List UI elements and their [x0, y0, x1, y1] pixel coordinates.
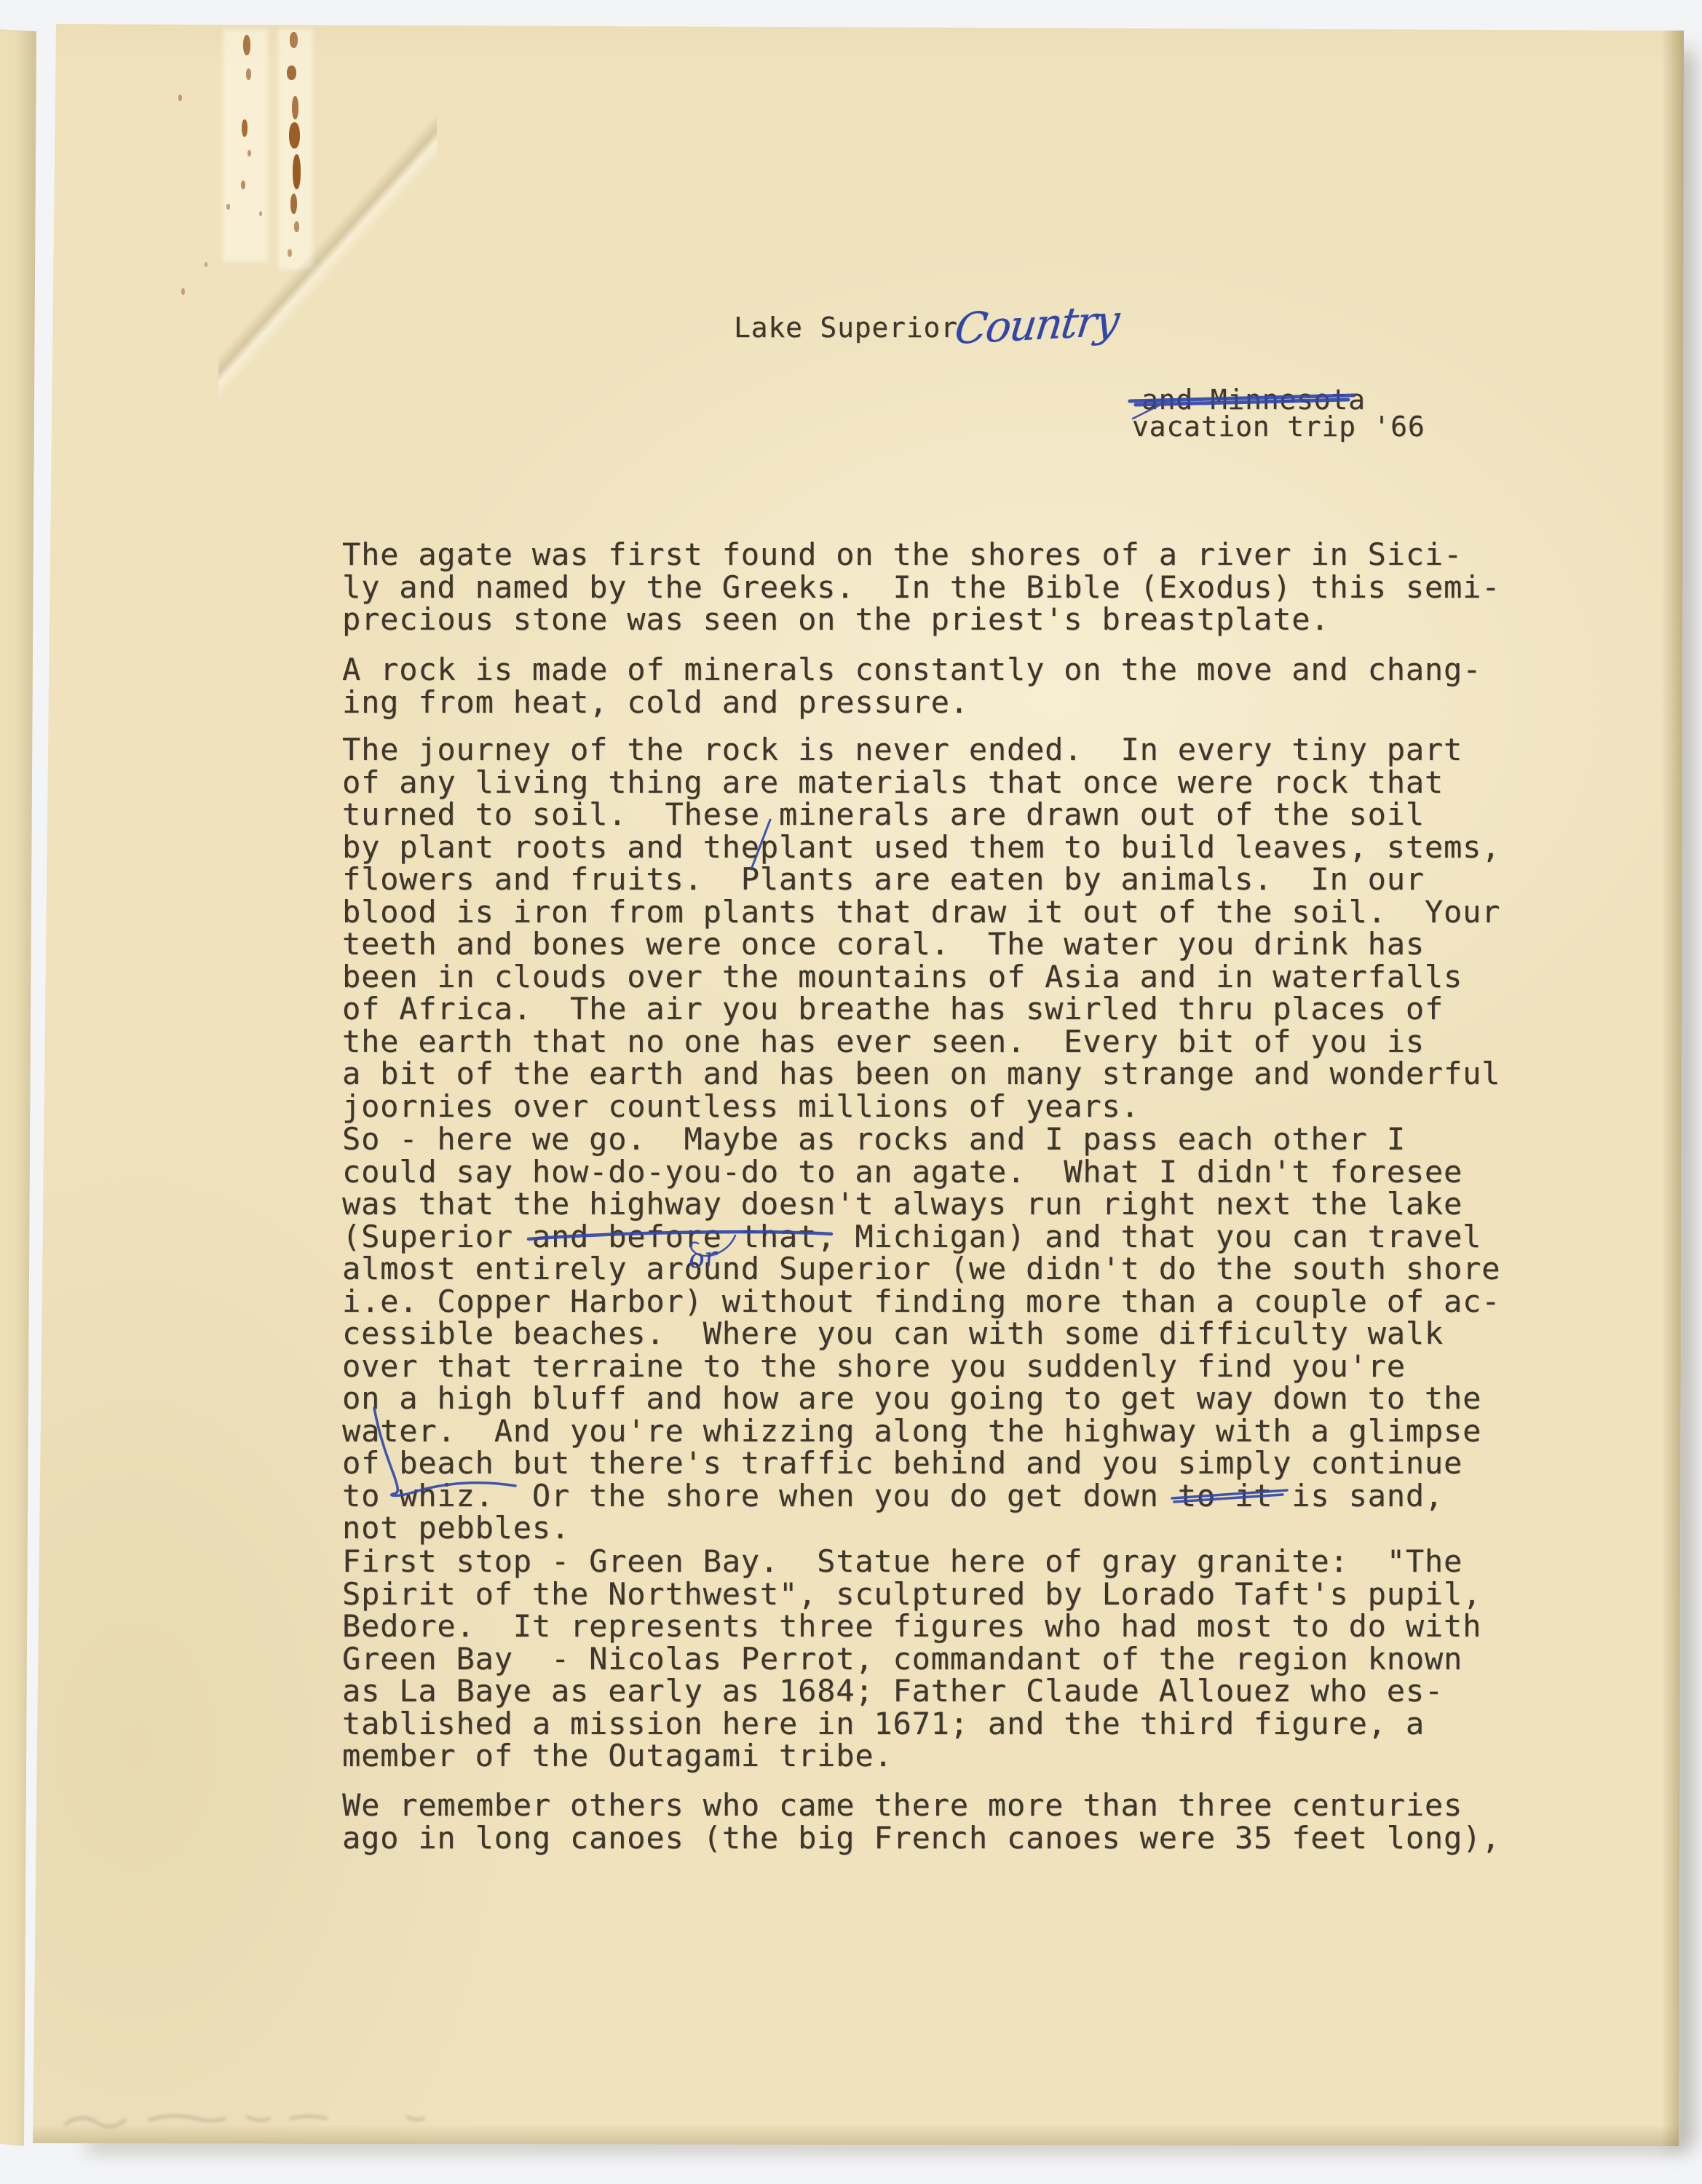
typed-line: i.e. Copper Harbor) without finding more… — [342, 1286, 1500, 1318]
paragraph: So - here we go. Maybe as rocks and I pa… — [342, 1123, 1500, 1545]
typed-line: ing from heat, cold and pressure. — [342, 687, 1481, 719]
paragraph: First stop - Green Bay. Statue here of g… — [342, 1546, 1481, 1773]
rust-stain-spot — [259, 211, 262, 216]
tape-residue-band — [223, 29, 268, 262]
tape-residue-band — [278, 29, 313, 269]
typed-line: flowers and fruits. Plants are eaten by … — [342, 863, 1500, 896]
paragraph: We remember others who came there more t… — [342, 1789, 1500, 1854]
rust-stain-spot — [289, 122, 300, 149]
typed-line: as La Baye as early as 1684; Father Clau… — [342, 1675, 1481, 1708]
paragraph: A rock is made of minerals constantly on… — [342, 654, 1481, 719]
handwritten-insertion-word: or — [687, 1242, 719, 1275]
typed-line: over that terraine to the shore you sudd… — [342, 1350, 1500, 1383]
handwritten-title-word: Country — [952, 296, 1121, 354]
paragraph: The journey of the rock is never ended. … — [342, 734, 1500, 1123]
rust-stain-spot — [226, 204, 230, 210]
typed-line: the earth that no one has ever seen. Eve… — [342, 1026, 1500, 1059]
typed-line: ly and named by the Greeks. In the Bible… — [342, 571, 1500, 604]
typed-line: a bit of the earth and has been on many … — [342, 1058, 1500, 1091]
typed-line: almost entirely around Superior (we didn… — [342, 1253, 1500, 1286]
rust-stain-spot — [294, 221, 299, 232]
typed-line: been in clouds over the mountains of Asi… — [342, 961, 1500, 994]
document-title: Lake Superior — [734, 312, 958, 344]
typed-line: So - here we go. Maybe as rocks and I pa… — [342, 1123, 1500, 1156]
typed-line: of Africa. The air you breathe has swirl… — [342, 993, 1500, 1026]
typed-line: First stop - Green Bay. Statue here of g… — [342, 1546, 1481, 1578]
rust-stain-spot — [181, 288, 185, 295]
typed-line: precious stone was seen on the priest's … — [342, 604, 1500, 636]
typed-line: not pebbles. — [342, 1512, 1500, 1545]
typed-line: joornies over countless millions of year… — [342, 1091, 1500, 1123]
typed-line: of any living thing are materials that o… — [342, 767, 1500, 799]
rust-stain-spot — [290, 194, 297, 214]
typed-line: Bedore. It represents three figures who … — [342, 1610, 1481, 1643]
typed-line: on a high bluff and how are you going to… — [342, 1382, 1500, 1415]
typed-line: (Superior and before that, Michigan) and… — [342, 1221, 1500, 1254]
typed-line: of beach but there's traffic behind and … — [342, 1447, 1500, 1480]
typed-line: Green Bay - Nicolas Perrot, commandant o… — [342, 1643, 1481, 1676]
typed-line: to whiz. Or the shore when you do get do… — [342, 1480, 1500, 1513]
typed-line: We remember others who came there more t… — [342, 1789, 1500, 1822]
rust-stain-spot — [288, 249, 292, 257]
rust-stain-spot — [241, 181, 245, 189]
heading-text: vacation trip '66 — [1132, 411, 1425, 443]
rust-stain-spot — [248, 150, 251, 157]
typed-line: by plant roots and theplant used them to… — [342, 831, 1500, 864]
typed-line: Spirit of the Northwest", sculptured by … — [342, 1578, 1481, 1611]
typed-line: was that the highway doesn't always run … — [342, 1188, 1500, 1221]
typed-line: blood is iron from plants that draw it o… — [342, 896, 1500, 929]
rust-stain-spot — [293, 154, 301, 189]
rust-stain-spot — [243, 35, 250, 55]
typed-line: teeth and bones were once coral. The wat… — [342, 928, 1500, 961]
rust-stain-spot — [290, 32, 298, 48]
typed-line: tablished a mission here in 1671; and th… — [342, 1708, 1481, 1741]
typed-line: cessible beaches. Where you can with som… — [342, 1318, 1500, 1350]
rust-stain-spot — [205, 262, 207, 267]
paragraph: The agate was first found on the shores … — [342, 539, 1500, 636]
typed-line: The journey of the rock is never ended. … — [342, 734, 1500, 767]
rust-stain-spot — [246, 68, 251, 80]
typed-line: turned to soil. These minerals are drawn… — [342, 799, 1500, 831]
typed-line: water. And you're whizzing along the hig… — [342, 1415, 1500, 1448]
rust-stain-spot — [292, 96, 298, 119]
scanned-document: Lake Superior Country and Minnesota vaca… — [0, 0, 1702, 2184]
typed-line: A rock is made of minerals constantly on… — [342, 654, 1481, 687]
document-page: Lake Superior Country and Minnesota vaca… — [0, 0, 1702, 2184]
typed-line: ago in long canoes (the big French canoe… — [342, 1822, 1500, 1855]
typed-line: The agate was first found on the shores … — [342, 539, 1500, 571]
page-edge-shading — [33, 2124, 1684, 2146]
rust-stain-spot — [178, 95, 182, 101]
typed-line: could say how-do-you-do to an agate. Wha… — [342, 1156, 1500, 1189]
rust-stain-spot — [287, 66, 296, 80]
rust-stain-spot — [242, 119, 248, 137]
typed-line: member of the Outagami tribe. — [342, 1740, 1481, 1773]
